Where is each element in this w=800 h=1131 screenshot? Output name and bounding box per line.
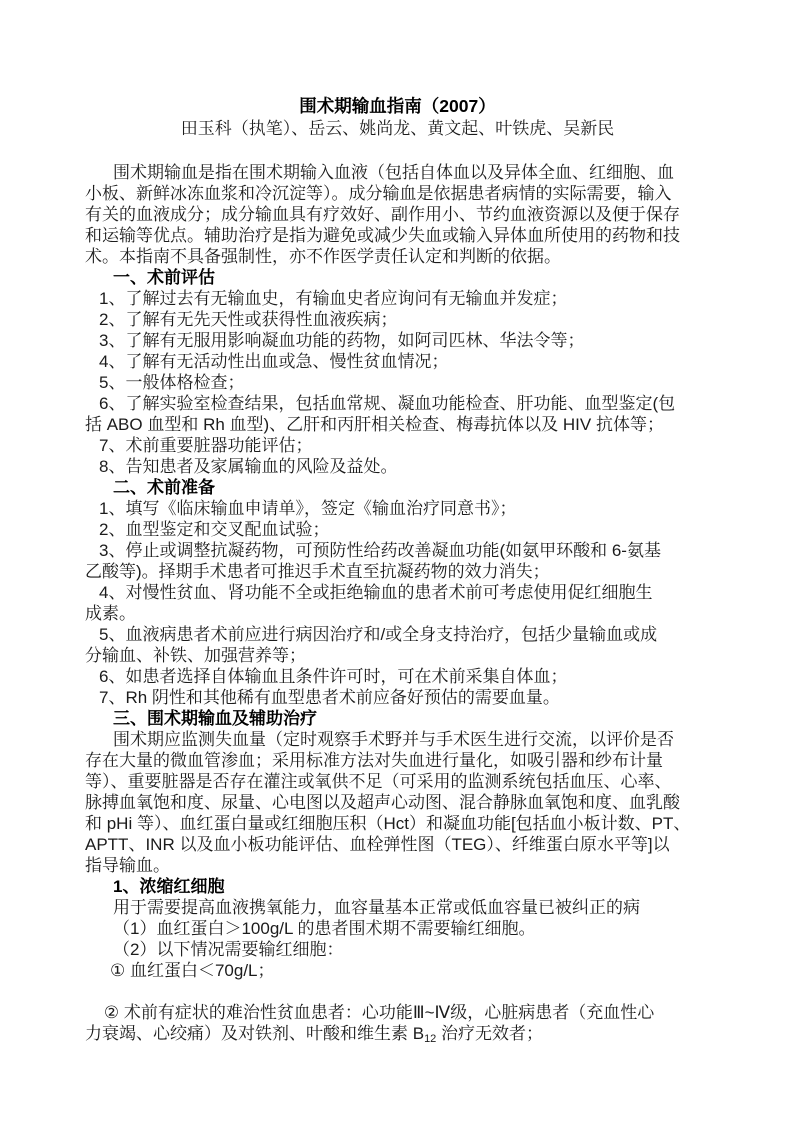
red-cells-item-4: ② 术前有症状的难治性贫血患者：心功能Ⅲ~Ⅳ级，心脏病患者（充血性心 力衰竭、心…	[85, 981, 710, 1065]
section-1-item-2: 2、了解有无先天性或获得性血液疾病；	[85, 309, 710, 330]
red-cells-item-3: ① 血红蛋白＜70g/L；	[85, 960, 710, 981]
section-1-heading: 一、术前评估	[85, 267, 710, 288]
section-1-item-5: 5、一般体格检查；	[85, 372, 710, 393]
red-cells-intro-line: 用于需要提高血液携氧能力，血容量基本正常或低血容量已被纠正的病	[85, 897, 710, 918]
section-1-item-7: 7、术前重要脏器功能评估；	[85, 435, 710, 456]
section-1-item-4: 4、了解有无活动性出血或急、慢性贫血情况；	[85, 351, 710, 372]
section-2-item-3: 3、停止或调整抗凝药物，可预防性给药改善凝血功能(如氨甲环酸和 6-氨基 乙酸等…	[85, 540, 710, 582]
intro-paragraph: 围术期输血是指在围术期输入血液（包括自体血以及异体全血、红细胞、血 小板、新鲜冰…	[85, 162, 710, 267]
section-3-paragraph: 围术期应监测失血量（定时观察手术野并与手术医生进行交流，以评价是否 存在大量的微…	[85, 729, 710, 876]
section-2-item-4: 4、对慢性贫血、肾功能不全或拒绝输血的患者术前可考虑使用促红细胞生 成素。	[85, 582, 710, 624]
section-2-item-7: 7、Rh 阴性和其他稀有血型患者术前应备好预估的需要血量。	[85, 687, 710, 708]
red-cells-item-4-tail: 治疗无效者；	[436, 1024, 543, 1043]
section-2-item-2: 2、血型鉴定和交叉配血试验；	[85, 519, 710, 540]
section-2-heading: 二、术前准备	[85, 477, 710, 498]
red-cells-item-4-text: ② 术前有症状的难治性贫血患者：心功能Ⅲ~Ⅳ级，心脏病患者（充血性心 力衰竭、心…	[85, 1003, 654, 1043]
section-1-item-6: 6、了解实验室检查结果，包括血常规、凝血功能检查、肝功能、血型鉴定(包 括 AB…	[85, 393, 710, 435]
document-title: 围术期输血指南（2007）	[85, 94, 710, 118]
section-1-item-8: 8、告知患者及家属输血的风险及益处。	[85, 456, 710, 477]
section-3-heading: 三、围术期输血及辅助治疗	[85, 708, 710, 729]
red-cells-item-2: （2）以下情况需要输红细胞：	[85, 939, 710, 960]
section-1-item-1: 1、了解过去有无输血史，有输血史者应询问有无输血并发症；	[85, 288, 710, 309]
document-page: 围术期输血指南（2007） 田玉科（执笔）、岳云、姚尚龙、黄文起、叶铁虎、吴新民…	[85, 94, 710, 1065]
section-1-item-3: 3、了解有无服用影响凝血功能的药物，如阿司匹林、华法令等；	[85, 330, 710, 351]
blank-line	[85, 140, 710, 162]
section-2-item-1: 1、填写《临床输血申请单》，签定《输血治疗同意书》；	[85, 498, 710, 519]
section-2-item-6: 6、如患者选择自体输血且条件许可时，可在术前采集自体血；	[85, 666, 710, 687]
vitamin-b12-subscript: 12	[424, 1033, 436, 1045]
subsection-red-cells-heading: 1、浓缩红细胞	[85, 876, 710, 897]
section-2-item-5: 5、血液病患者术前应进行病因治疗和/或全身支持治疗，包括少量输血或成 分输血、补…	[85, 624, 710, 666]
document-authors: 田玉科（执笔）、岳云、姚尚龙、黄文起、叶铁虎、吴新民	[85, 118, 710, 140]
red-cells-item-1: （1）血红蛋白＞100g/L 的患者围术期不需要输红细胞。	[85, 918, 710, 939]
